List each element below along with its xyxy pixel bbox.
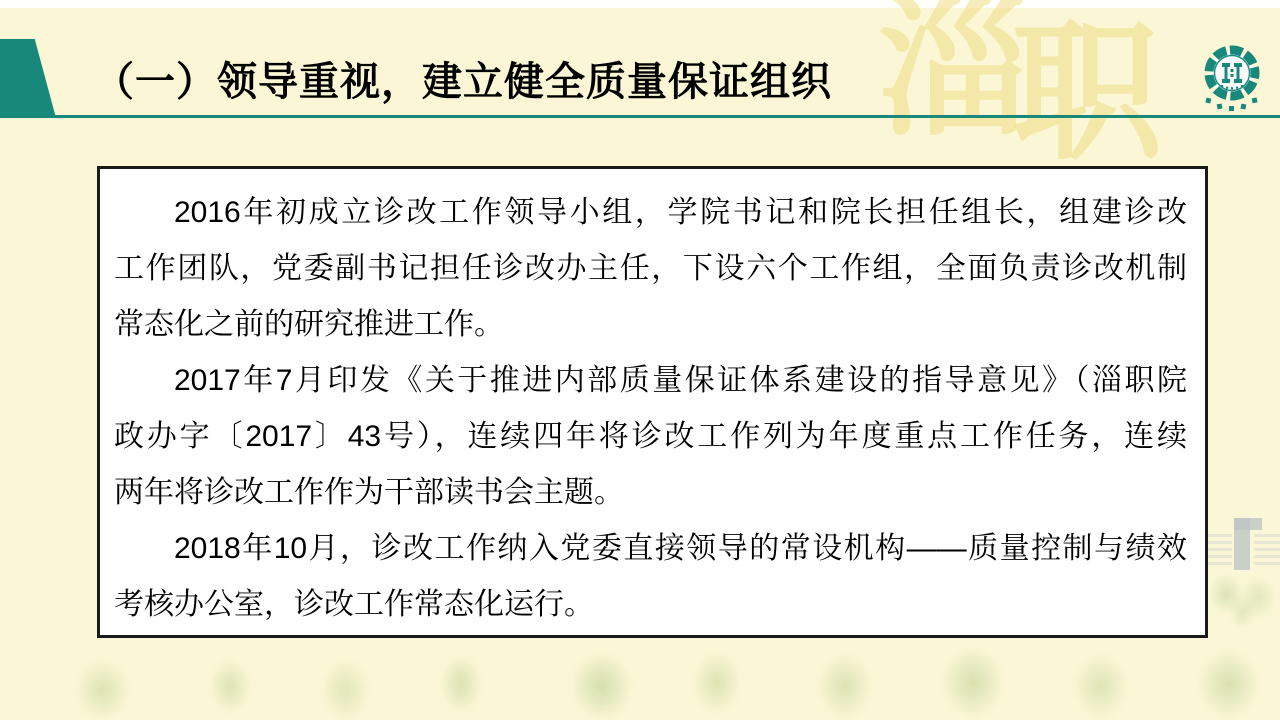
paragraph1-line2: 工作团队，党委副书记担任诊改办主任，下设六个工作组，全面负责诊改机制 (114, 241, 1187, 297)
teal-accent-shape (0, 39, 56, 118)
building-trees (1208, 566, 1280, 636)
building-tower (1234, 518, 1250, 570)
paragraph2-line1: 2017年7月印发《关于推进内部质量保证体系建设的指导意见》（淄职院 (114, 353, 1187, 409)
paragraph1-line3: 常态化之前的研究推进工作。 (114, 297, 1187, 353)
top-white-strip (0, 0, 1280, 8)
paragraph3-line1: 2018年10月，诊改工作纳入党委直接领导的常设机构——质量控制与绩效 (114, 521, 1187, 577)
paragraph2-line2: 政办字〔2017〕43号），连续四年将诊改工作列为年度重点工作任务，连续 (114, 409, 1187, 465)
building-wing (1208, 534, 1232, 568)
paragraph3-line2: 考核办公室，诊改工作常态化运行。 (114, 577, 1187, 633)
presentation-slide: 淄 职 （一）领导重视，建立健全质量保证组织 (0, 0, 1280, 720)
paragraph1-line1: 2016年初成立诊改工作领导小组，学院书记和院长担任组长，组建诊改 (114, 185, 1187, 241)
paragraph2-line3: 两年将诊改工作作为干部读书会主题。 (114, 465, 1187, 521)
building-wing (1254, 534, 1280, 568)
body-text-box: 2016年初成立诊改工作领导小组，学院书记和院长担任组长，组建诊改 工作团队，党… (97, 166, 1208, 638)
page-title: （一）领导重视，建立健全质量保证组织 (94, 50, 1094, 107)
college-emblem-icon (1196, 42, 1268, 116)
campus-building-watermark (1208, 512, 1280, 662)
campus-trees-watermark (0, 645, 1280, 720)
header-divider-line (0, 115, 1280, 118)
